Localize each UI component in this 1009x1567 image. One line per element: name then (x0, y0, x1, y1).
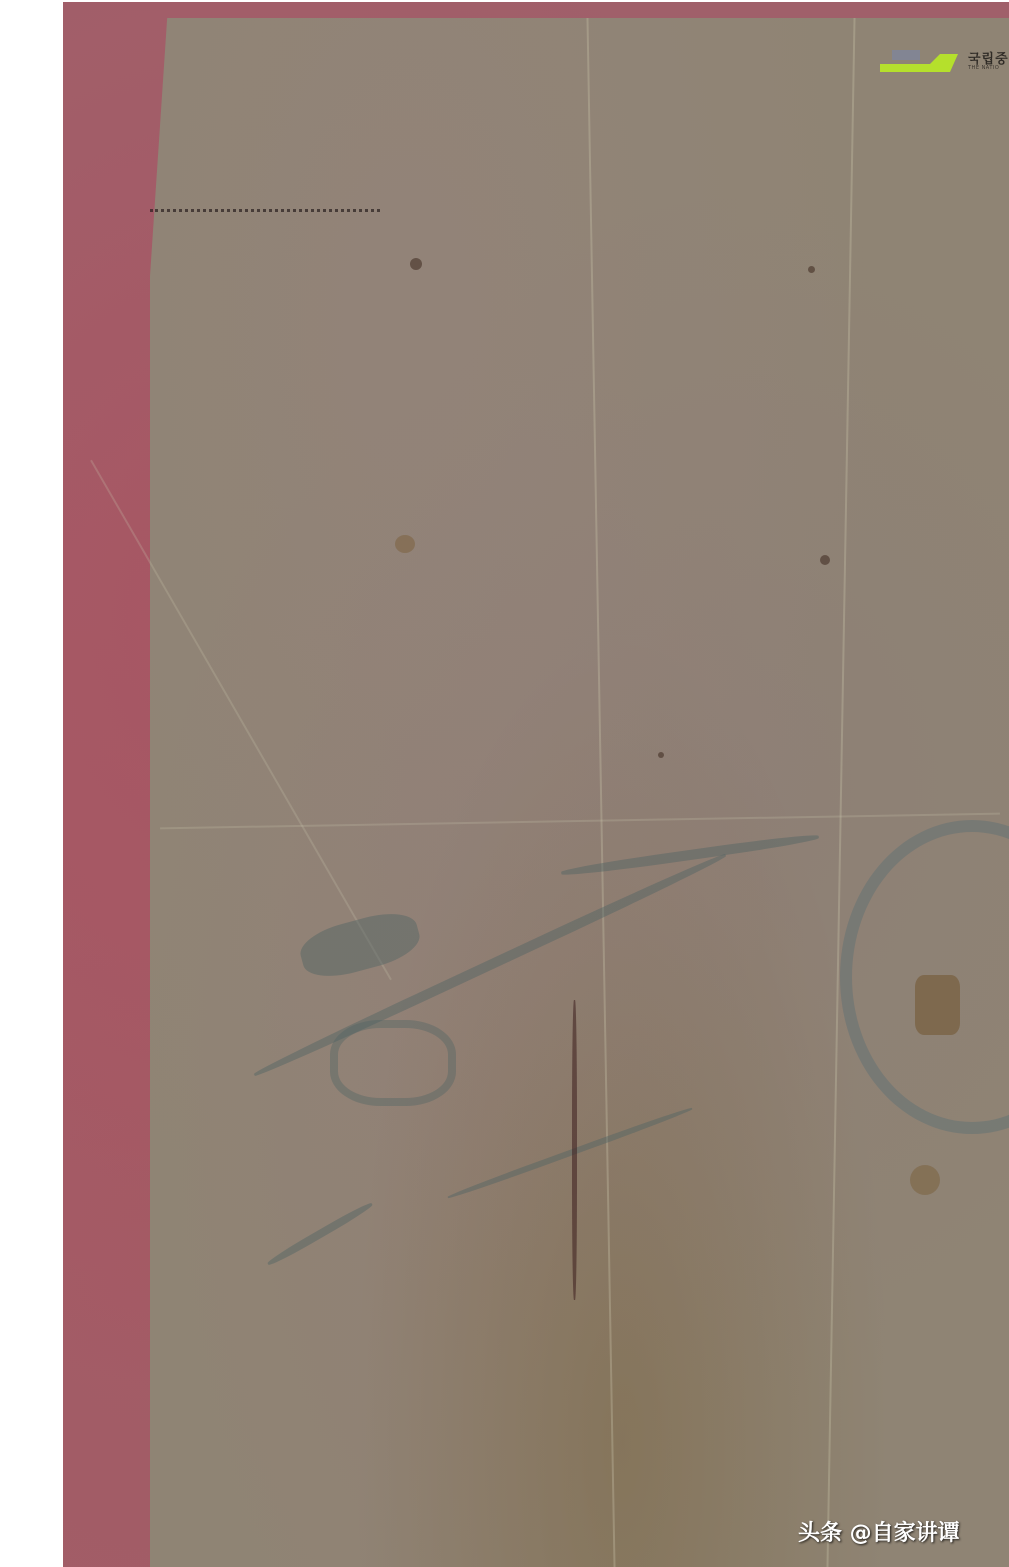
stain (395, 535, 415, 553)
logo-subtext: THE NATIO (968, 65, 999, 71)
stain (410, 258, 422, 270)
brown-patch (915, 975, 960, 1035)
watermark-text: 头条 @自家讲谭 (798, 1516, 960, 1547)
document-page (150, 18, 1009, 1567)
library-logo: 국립중 THE NATIO (880, 46, 1009, 76)
ink-stroke (572, 1000, 577, 1300)
stain (910, 1165, 940, 1195)
stain (820, 555, 830, 565)
library-logo-icon (880, 50, 958, 72)
ink-stroke (330, 1020, 456, 1106)
dotted-mark (150, 209, 380, 216)
stain (658, 752, 664, 758)
stain (808, 266, 815, 273)
